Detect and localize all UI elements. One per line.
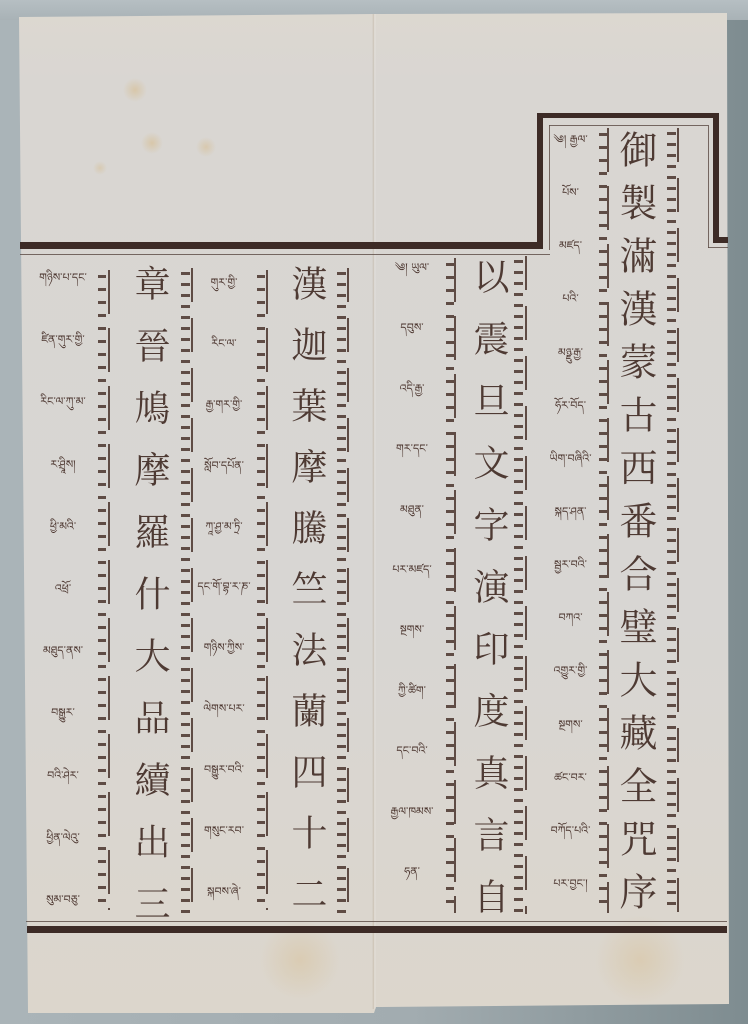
title-box-inner-right (708, 125, 709, 248)
tibetan-word: སྔགས་ (558, 717, 582, 733)
tibetan-word: གུར་གྱི་ (211, 275, 238, 291)
mongolian-script-column-4 (92, 270, 120, 910)
tibetan-word: ཀྱི་ཚིག་ (398, 683, 426, 699)
tibetan-word: སློབ་དཔོན་ (204, 458, 244, 474)
tibetan-word: མཐུད་ནས་ (43, 643, 83, 659)
tibetan-word: སྦྱར་བའི་ (554, 557, 587, 573)
tibetan-word: སྔགས་ (400, 622, 424, 638)
manchu-script-column-4 (175, 268, 203, 916)
tibetan-word: ༄། རྒྱལ་ (553, 132, 587, 148)
tibetan-text-column-4: གཉིས་པ་དང་ ཛིན་གུར་གྱི་ རིང་ལ་ཀུ་མ་ ར་ཤྲ… (33, 270, 93, 908)
mongolian-script-column-3 (252, 270, 278, 910)
tibetan-word: དབུས་ (400, 320, 423, 336)
mongolian-script-column-2 (442, 258, 464, 913)
tibetan-word: མཐུན་ (400, 502, 424, 518)
title-box-inner-foot (708, 247, 728, 248)
chinese-text-column-4: 章晉鳩摩羅什大品續出三 (127, 265, 167, 947)
manchu-script-column-3 (332, 268, 358, 916)
tibetan-word: ཀཱ་ཤྱ་མ་ཏྲི་ (205, 519, 242, 535)
tibetan-word: གསུང་རབ་ (204, 823, 244, 839)
title-box-outer-right (713, 113, 719, 243)
tibetan-word: འགྱུར་གྱི་ (554, 663, 588, 679)
tibetan-word: ཕྱིན་ལེའུ་ (46, 830, 80, 846)
tibetan-word: དང་བའི་ (396, 743, 427, 759)
tibetan-word: སྐད་ཤན་ (555, 504, 587, 520)
chinese-text-column-2: 以震旦文字演印度真言自 (466, 258, 506, 940)
manchu-script-column-2 (508, 256, 538, 914)
tibetan-word: མཛད་ (559, 238, 582, 254)
tibetan-word: རིང་ལ་ (211, 336, 236, 352)
tibetan-word: སྐབས་ཞེ་ (207, 884, 241, 900)
tibetan-word: གཉིས་པ་དང་ (39, 270, 87, 286)
mongolian-script-column-title (596, 128, 616, 913)
tibetan-word: རྒྱ་གར་གྱི་ (206, 397, 243, 413)
tibetan-word: ༄། ཡུལ་ (395, 260, 430, 276)
tibetan-word: དང་གོ་བྷ་ར་ཎ་ (197, 579, 250, 595)
tibetan-word: ཧན་ (404, 864, 420, 880)
tibetan-text-column-2: ༄། ཡུལ་ དབུས་ འདི་རྒྱ་ གར་དང་ མཐུན་ པར་མ… (383, 260, 441, 880)
tibetan-text-column-3: གུར་གྱི་ རིང་ལ་ རྒྱ་གར་གྱི་ སློབ་དཔོན་ ཀ… (195, 275, 253, 900)
title-box-outer-foot (713, 237, 728, 243)
chinese-text-column-3: 漢迦葉摩騰竺法蘭四十二 (284, 265, 324, 936)
tibetan-title-column: ༄། རྒྱལ་ པོས་ མཛད་ པའི་ མཉྫུ་རྒྱ་ ཧོར་བོ… (543, 132, 598, 892)
tibetan-word: པའི་ (562, 291, 578, 307)
tibetan-word: མཉྫུ་རྒྱ་ (558, 345, 583, 361)
tibetan-word: འདི་རྒྱ་ (400, 381, 425, 397)
tibetan-word: གཉིས་ཀྱིས་ (204, 640, 245, 656)
tibetan-word: ར་ཤྲཱིས། (50, 457, 75, 473)
page-center-fold (372, 14, 376, 1009)
tibetan-word: པར་བྱང་། (553, 876, 587, 892)
title-box-inner-top (549, 125, 708, 126)
tibetan-word: བསྒྱུར་ (51, 705, 75, 721)
tibetan-word: རིང་ལ་ཀུ་མ་ (40, 394, 85, 410)
manchu-script-column-title (662, 128, 688, 913)
title-box-outer-top (537, 113, 719, 118)
tibetan-word: རྒྱལ་ཁམས་ (391, 804, 434, 820)
tibetan-word: ལེགས་པར་ (203, 701, 244, 717)
tibetan-word: ཡིག་བཞིའི་ (549, 451, 591, 467)
tibetan-word: སུམ་བཅུ་ (46, 892, 80, 908)
tibetan-word: གར་དང་ (396, 441, 428, 457)
tibetan-word: འཕྲོ་ (55, 581, 71, 597)
tibetan-word: བཀོད་པའི་ (551, 823, 591, 839)
tibetan-word: བསྒྱུར་བའི་ (204, 762, 244, 778)
tibetan-word: བའི་ཤེར་ (47, 768, 79, 784)
top-thick-rule (20, 242, 543, 249)
tibetan-word: བཀའ་ (558, 610, 582, 626)
tibetan-word: ཕྱི་མའི་ (50, 519, 76, 535)
tibetan-word: ཚང་བར་ (554, 770, 587, 786)
tibetan-word: པར་མཛད་ (392, 562, 431, 578)
tibetan-word: ཛིན་གུར་གྱི་ (41, 332, 84, 348)
chinese-title-column: 御製滿漢蒙古西番合璧大藏全咒序 (612, 130, 654, 925)
top-thin-rule (20, 254, 550, 255)
tibetan-word: པོས་ (562, 185, 579, 201)
tibetan-word: ཧོར་བོད་ (555, 398, 586, 414)
